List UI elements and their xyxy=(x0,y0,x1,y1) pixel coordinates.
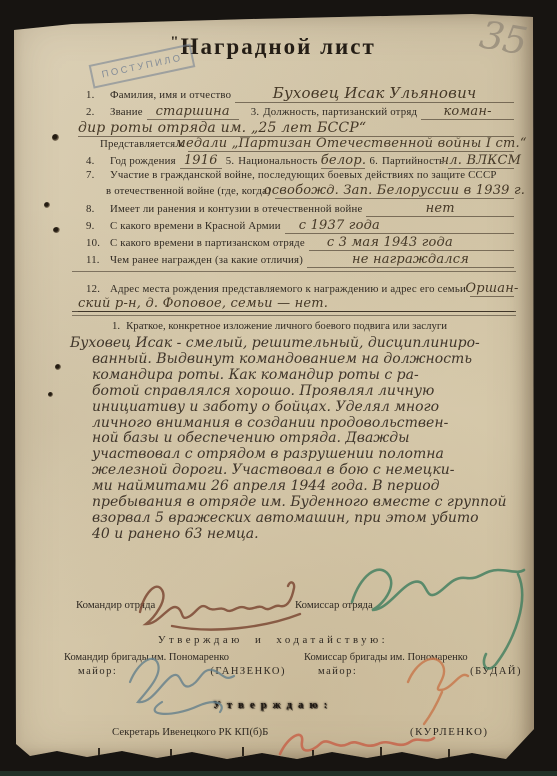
field-birthyear-value: 1916 xyxy=(184,153,218,168)
field-label: Представляется к xyxy=(100,138,184,150)
secretary-label: Секретарь Ивенецкого РК КП(б)Б xyxy=(112,726,268,738)
field-label: Адрес места рождения представляемого к н… xyxy=(110,283,466,295)
paper-hole xyxy=(48,392,53,397)
citation-line: ботой справлялся хорошо. Проявлял личную xyxy=(70,384,526,400)
field-address: 12. Адрес места рождения представляемого… xyxy=(86,281,514,297)
field-number: 10. xyxy=(86,237,106,249)
field-birth-nationality-party: 4. Год рождения 1916 5. Национальность б… xyxy=(86,153,514,169)
field-address-value: Оршан- xyxy=(465,281,518,296)
approval-heading: Утверждаю и ходатайствую: xyxy=(12,634,534,646)
document-title-text: Наградной лист xyxy=(181,34,376,59)
document-title: "Наградной лист xyxy=(12,34,534,60)
brigade-commissar-rank: майор: xyxy=(318,666,357,677)
secretary-name: (КУРЛЕНКО) xyxy=(410,726,488,738)
field-number: 11. xyxy=(86,254,106,266)
edge-tear xyxy=(170,749,172,758)
citation-line: Буховец Исак - смелый, решительный, дисц… xyxy=(70,336,526,352)
detachment-commissar-label: Комиссар отряда xyxy=(295,599,373,611)
field-number: 2. xyxy=(86,106,106,118)
citation-line: ной базы и обеспечению отряда. Дважды xyxy=(70,431,526,447)
page-number-pencil: 35 xyxy=(477,12,530,63)
field-wounds-value: нет xyxy=(426,201,455,216)
field-label: Чем ранее награжден (за какие отличия) xyxy=(110,254,303,266)
field-number: 3. xyxy=(251,106,260,118)
citation-line: ми наймитами 26 апреля 1944 года. В пери… xyxy=(70,479,526,495)
brigade-commissar-name: (БУДАЙ) xyxy=(470,666,522,677)
edge-tear xyxy=(448,749,450,758)
field-position-continued: дир роты отряда им. „25 лет БССР“ xyxy=(78,120,514,137)
paper-hole xyxy=(53,227,60,233)
field-name-value: Буховец Исак Ульянович xyxy=(273,84,477,102)
field-number: 5. xyxy=(226,155,235,167)
field-label: Фамилия, имя и отчество xyxy=(110,89,231,101)
field-rank-value: старшина xyxy=(156,104,230,119)
brigade-commissar-block: Комиссар бригады им. Пономаренко майор: … xyxy=(304,652,522,677)
brigade-commander-name: (ГАНЗЕНКО) xyxy=(210,666,286,677)
field-label: Год рождения xyxy=(110,155,176,167)
paper-hole xyxy=(52,134,59,141)
field-number: 7. xyxy=(86,169,106,181)
field-position-value2: дир роты отряда им. „25 лет БССР“ xyxy=(78,120,366,136)
citation-line: командира роты. Как командир роты с ра- xyxy=(70,368,526,384)
citation-line: пребывания в отряде им. Буденного вместе… xyxy=(70,495,526,511)
edge-tear xyxy=(242,747,244,756)
field-number: 8. xyxy=(86,203,106,215)
edge-tear xyxy=(98,748,100,757)
field-address-value2: ский р-н, д. Фоповое, семьи — нет. xyxy=(78,296,328,311)
citation-line: личного внимания в создании продовольств… xyxy=(70,416,526,432)
section-divider xyxy=(72,311,516,316)
field-rank-position: 2. Звание старшина 3. Должность, партиза… xyxy=(86,104,514,120)
paper-hole xyxy=(55,364,61,370)
edge-tear xyxy=(380,747,382,756)
brigade-commander-block: Командир бригады им. Пономаренко майор: … xyxy=(64,652,286,677)
field-number: 9. xyxy=(86,220,106,232)
field-label: Партийность xyxy=(382,155,444,167)
field-war-value: освобожд. Зап. Белоруссии в 1939 г. xyxy=(264,183,525,198)
citation-line: 40 и ранено 63 немца. xyxy=(70,527,526,543)
field-label: Имеет ли ранения и контузии в отечествен… xyxy=(110,203,362,215)
divider-line xyxy=(72,271,516,272)
document-paper: "Наградной лист ПОСТУПИЛО 35 1. Фамилия,… xyxy=(12,14,534,762)
detachment-commander-signature xyxy=(140,582,300,629)
field-label: Должность, партизанский отряд xyxy=(263,106,417,118)
field-red-army-since: 9. С какого времени в Красной Армии с 19… xyxy=(86,218,514,234)
field-number: 1. xyxy=(86,89,106,101)
field-label: Звание xyxy=(110,106,143,118)
citation-heading-number: 1. xyxy=(112,320,120,332)
citation-heading-text: Краткое, конкретное изложение личного бо… xyxy=(126,320,447,332)
field-label: С какого времени в партизанском отряде xyxy=(110,237,305,249)
field-name: 1. Фамилия, имя и отчество Буховец Исак … xyxy=(86,84,514,103)
field-number: 4. xyxy=(86,155,106,167)
scanner-bed-strip xyxy=(0,771,557,776)
brigade-commander-title: Командир бригады им. Пономаренко xyxy=(64,652,286,663)
citation-line: ванный. Выдвинут командованием на должно… xyxy=(70,352,526,368)
field-war-participation-line2: в отечественной войне (где, когда) освоб… xyxy=(106,183,514,199)
field-number: 6. xyxy=(369,155,378,167)
detachment-commander-label: Командир отряда xyxy=(76,599,155,611)
field-label: С какого времени в Красной Армии xyxy=(110,220,281,232)
citation-heading: 1. Краткое, конкретное изложение личного… xyxy=(112,320,504,332)
field-partisan-since-value: с 3 мая 1943 года xyxy=(327,235,453,250)
edge-tear xyxy=(312,750,314,759)
field-number: 12. xyxy=(86,283,106,295)
field-wounds: 8. Имеет ли ранения и контузии в отечест… xyxy=(86,201,514,217)
field-war-participation: 7. Участие в гражданской войне, последую… xyxy=(86,169,514,181)
field-partisan-since: 10. С какого времени в партизанском отря… xyxy=(86,235,514,251)
citation-line: взорвал 5 вражеских автомашин, при этом … xyxy=(70,511,526,527)
citation-line: участвовал с отрядом в разрушении полотн… xyxy=(70,447,526,463)
field-award-value: медали „Партизан Отечественной войны I с… xyxy=(175,136,527,151)
field-label: Участие в гражданской войне, последующих… xyxy=(110,169,497,181)
award-sheet-scan: "Наградной лист ПОСТУПИЛО 35 1. Фамилия,… xyxy=(0,0,557,776)
paper-hole xyxy=(44,202,50,208)
field-position-value: коман- xyxy=(443,104,491,119)
citation-line: инициативу и заботу о бойцах. Уделял мно… xyxy=(70,400,526,416)
field-red-army-value: с 1937 года xyxy=(299,218,380,233)
field-label: Национальность xyxy=(238,155,317,167)
field-prior-awards: 11. Чем ранее награжден (за какие отличи… xyxy=(86,252,514,268)
field-address-line2: ский р-н, д. Фоповое, семьи — нет. xyxy=(78,296,514,312)
field-presented-for: Представляется к медали „Партизан Отечес… xyxy=(100,136,514,152)
field-label: в отечественной войне (где, когда) xyxy=(106,185,271,197)
field-nationality-value: белор. xyxy=(321,153,366,168)
approved-stamp-text: Утверждаю: xyxy=(12,699,534,711)
brigade-commander-rank: майор: xyxy=(78,666,117,677)
field-party-value: чл. ВЛКСМ xyxy=(441,153,521,168)
field-prior-awards-value: не награждался xyxy=(352,252,469,267)
citation-text: Буховец Исак - смелый, решительный, дисц… xyxy=(70,336,526,543)
brigade-commissar-title: Комиссар бригады им. Пономаренко xyxy=(304,652,522,663)
citation-line: железной дороги. Участвовал в бою с неме… xyxy=(70,463,526,479)
